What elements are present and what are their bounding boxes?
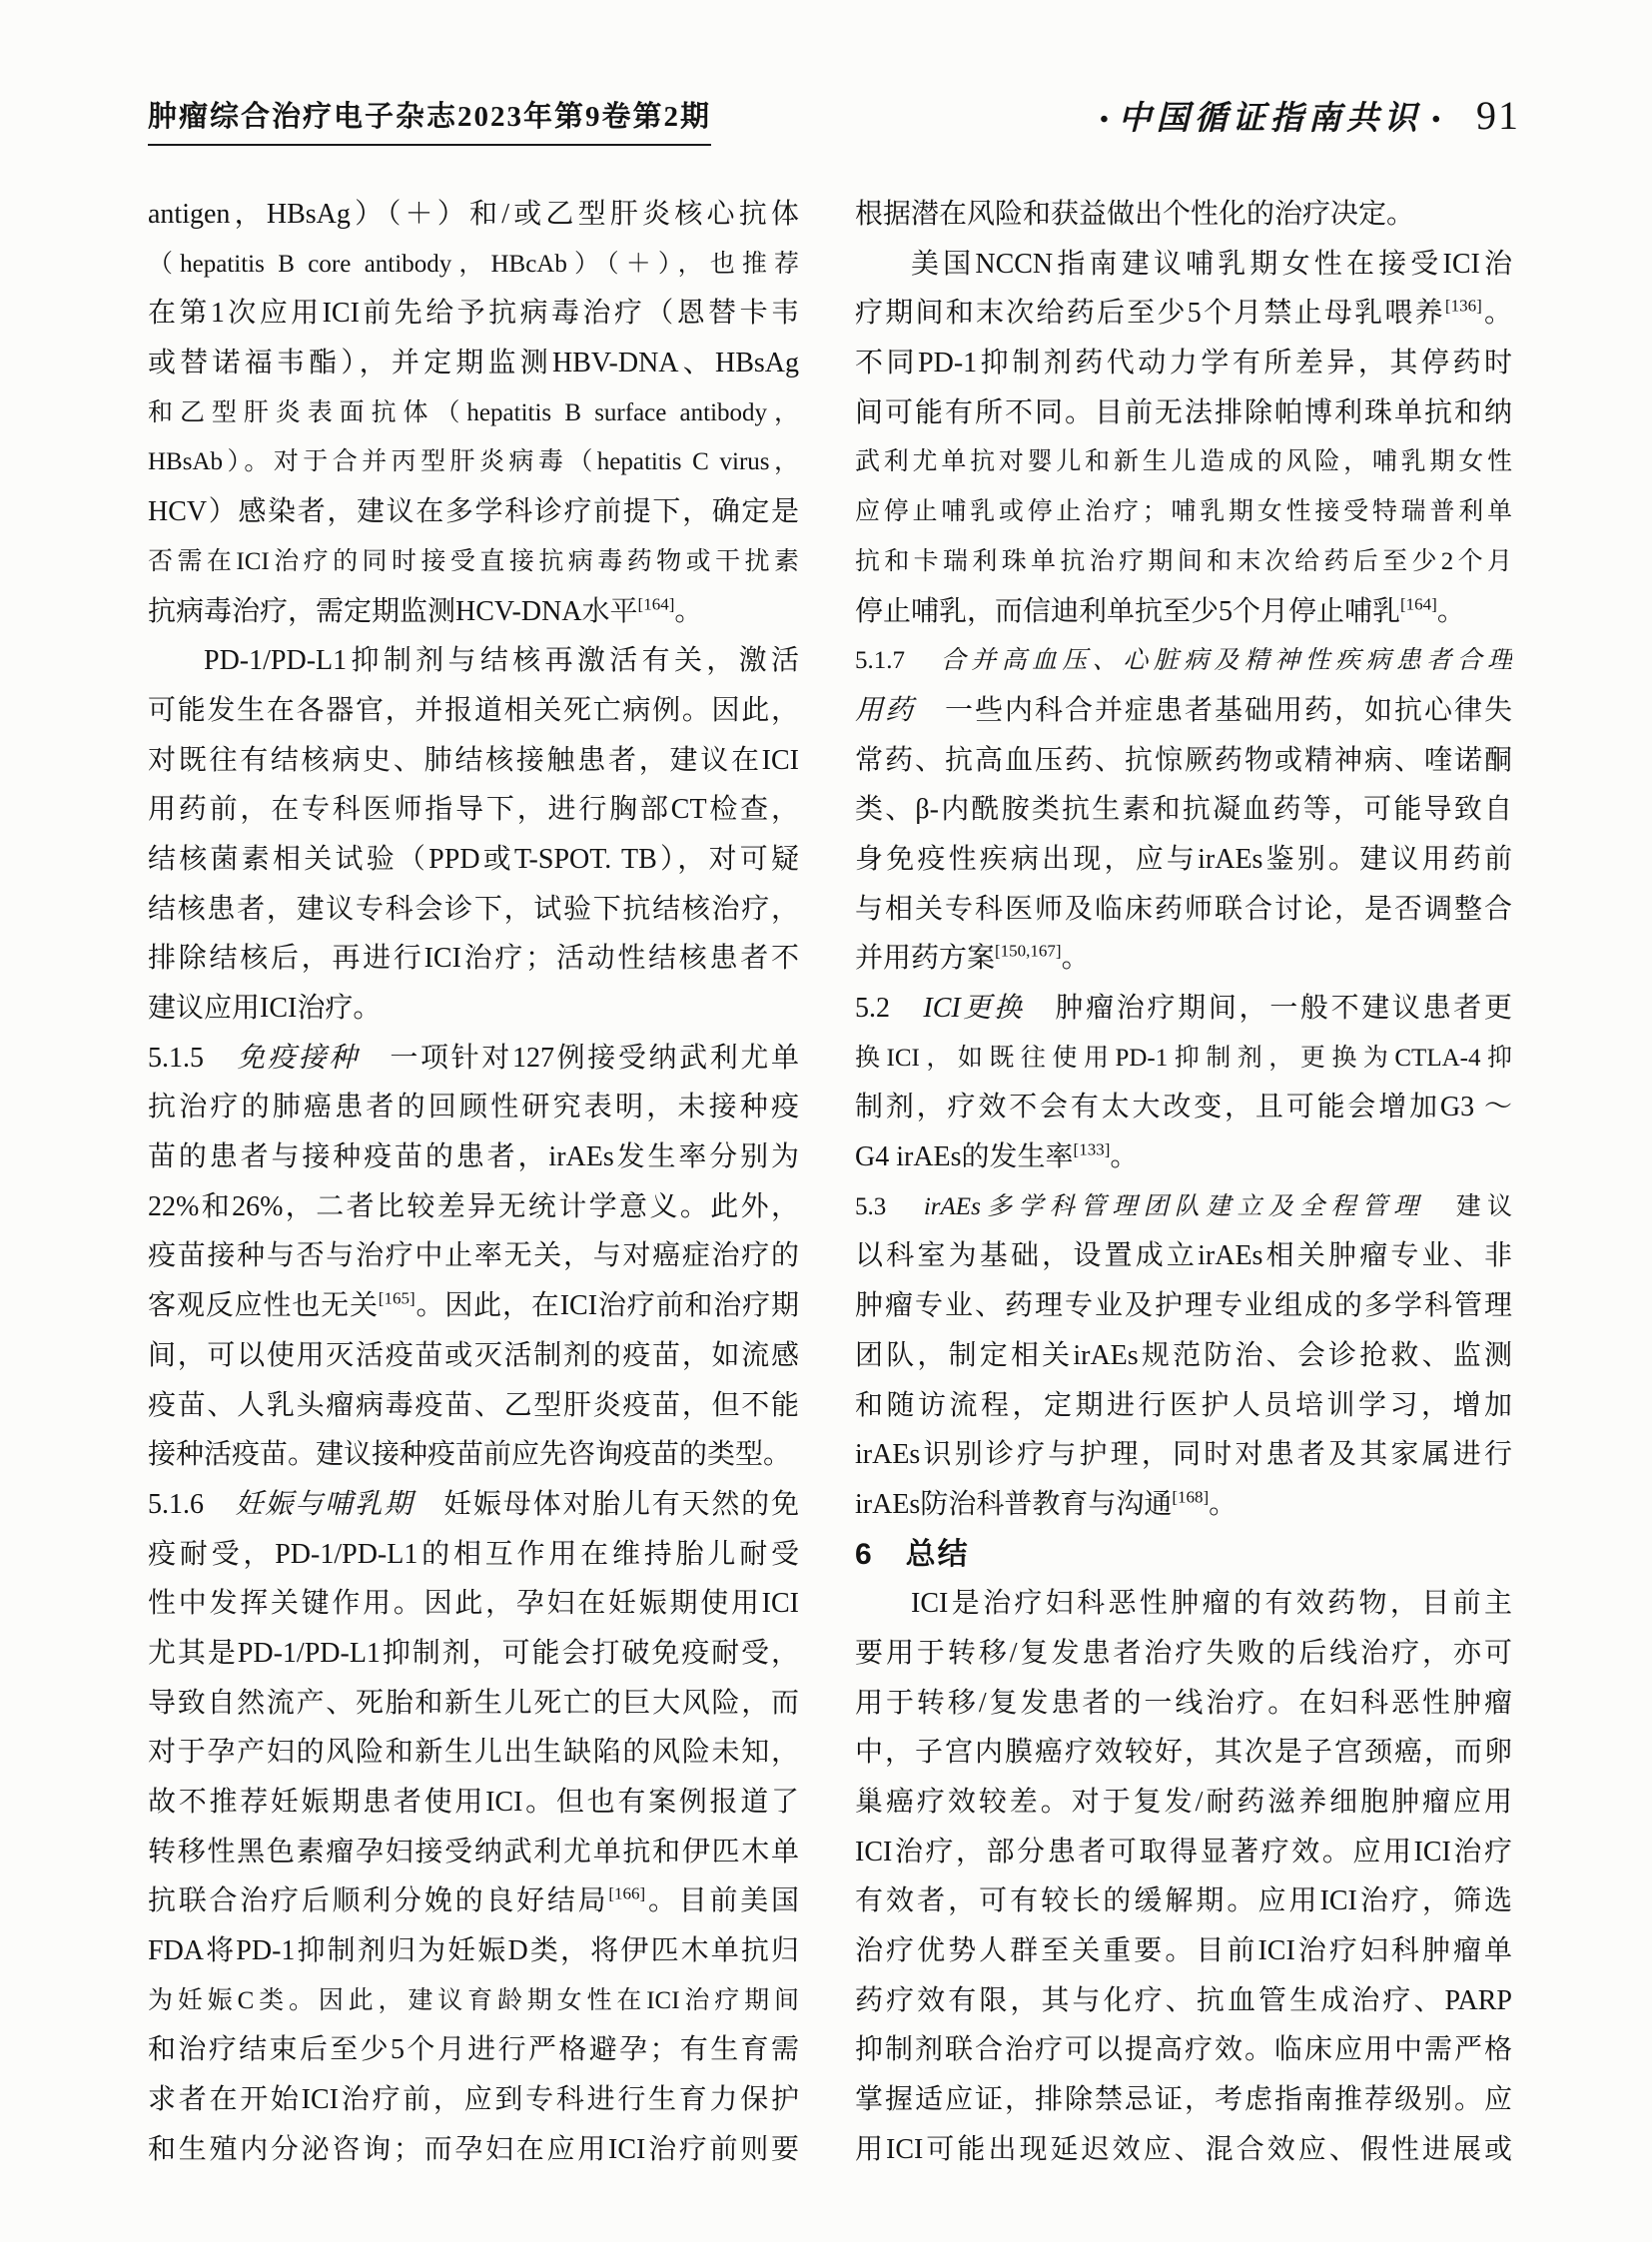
text-line: irAEs防治科普教育与沟通[168]。 bbox=[855, 1480, 1512, 1530]
body-text: 对于孕产妇的风险和新生儿出生缺陷的风险未知， bbox=[148, 1737, 799, 1768]
text-line: 和随访流程，定期进行医护人员培训学习，增加 bbox=[855, 1381, 1512, 1431]
body-text: 和治疗结束后至少5个月进行严格避孕；有生育需 bbox=[148, 2034, 799, 2065]
body-text: 。 bbox=[674, 596, 702, 627]
section-label-text: 中国循证指南共识 bbox=[1119, 101, 1422, 137]
page-number: 91 bbox=[1476, 92, 1520, 139]
text-line: 有效者，可有较长的缓解期。应用ICI治疗，筛选 bbox=[855, 1876, 1512, 1926]
body-text: FDA将PD-1抑制剂归为妊娠D类，将伊匹木单抗归 bbox=[148, 1935, 799, 1966]
subsection-title-text: 免疫接种 bbox=[204, 1043, 390, 1074]
body-text: 5.1.6 bbox=[148, 1489, 204, 1520]
text-line: 结核患者，建议专科会诊下，试验下抗结核治疗， bbox=[148, 885, 799, 935]
body-text: 结核患者，建议专科会诊下，试验下抗结核治疗， bbox=[148, 894, 799, 925]
text-line: 药疗效有限，其与化疗、抗血管生成治疗、PARP bbox=[855, 1976, 1512, 2026]
body-text: 和生殖内分泌咨询；而孕妇在应用ICI治疗前则要 bbox=[148, 2134, 799, 2165]
left-column: antigen，HBsAg）（＋）和/或乙型肝炎核心抗体（hepatitis B… bbox=[148, 190, 799, 2175]
body-text: 建议 bbox=[1456, 1193, 1512, 1220]
body-text: PD-1/PD-L1抑制剂与结核再激活有关，激活 bbox=[204, 645, 799, 676]
body-text: 制剂，疗效不会有太大改变，且可能会增加G3 ～ bbox=[855, 1092, 1512, 1122]
body-text: 。因此，在ICI治疗前和治疗期 bbox=[415, 1290, 799, 1321]
citation-reference: [166] bbox=[608, 1884, 645, 1903]
subsection-title-text: 合并高血压、心脏病及精神性疾病患者合理 bbox=[905, 647, 1512, 674]
text-line: 应停止哺乳或停止治疗；哺乳期女性接受特瑞普利单 bbox=[855, 487, 1512, 537]
citation-reference: [136] bbox=[1445, 297, 1482, 316]
body-text: 药疗效有限，其与化疗、抗血管生成治疗、PARP bbox=[855, 1985, 1512, 2016]
text-line: 肿瘤专业、药理专业及护理专业组成的多学科管理 bbox=[855, 1281, 1512, 1331]
subsection-title-text: 用药 bbox=[855, 695, 945, 726]
body-text: 22%和26%，二者比较差异无统计学意义。此外， bbox=[148, 1191, 799, 1222]
body-text: 疫苗、人乳头瘤病毒疫苗、乙型肝炎疫苗，但不能 bbox=[148, 1390, 799, 1421]
text-line: 身免疫性疾病出现，应与irAEs鉴别。建议用药前 bbox=[855, 835, 1512, 885]
text-line: 或替诺福韦酯），并定期监测HBV-DNA、HBsAg bbox=[148, 339, 799, 388]
citation-reference: [164] bbox=[1400, 594, 1437, 613]
body-text: 换ICI，如既往使用PD-1抑制剂，更换为CTLA-4抑 bbox=[855, 1045, 1512, 1072]
body-text: 。 bbox=[1110, 1141, 1138, 1172]
body-text: 。 bbox=[1062, 943, 1090, 974]
right-column: 根据潜在风险和获益做出个性化的治疗决定。美国NCCN指南建议哺乳期女性在接受IC… bbox=[855, 190, 1512, 2175]
body-text: 疗期间和末次给药后至少5个月禁止母乳喂养 bbox=[855, 298, 1445, 329]
body-text: 。 bbox=[1209, 1489, 1237, 1520]
body-text: 类、β-内酰胺类抗生素和抗凝血药等，可能导致自 bbox=[855, 794, 1512, 825]
text-line: 根据潜在风险和获益做出个性化的治疗决定。 bbox=[855, 190, 1512, 240]
text-line: ICI是治疗妇科恶性肿瘤的有效药物，目前主 bbox=[855, 1579, 1512, 1629]
journal-title: 肿瘤综合治疗电子杂志2023年第9卷第2期 bbox=[148, 94, 711, 146]
journal-page: 肿瘤综合治疗电子杂志2023年第9卷第2期 •中国循证指南共识• 91 anti… bbox=[0, 0, 1652, 2242]
body-text: 抗病毒治疗，需定期监测HCV-DNA水平 bbox=[148, 596, 638, 627]
subsection-5-3: 5.3 irAEs多学科管理团队建立及全程管理 建议 bbox=[855, 1182, 1512, 1232]
text-line: irAEs识别诊疗与护理，同时对患者及其家属进行 bbox=[855, 1430, 1512, 1480]
text-line: 和乙型肝炎表面抗体（hepatitis B surface antibody， bbox=[148, 388, 799, 438]
body-text: 。目前美国 bbox=[645, 1885, 799, 1916]
bullet-icon: • bbox=[1422, 107, 1450, 133]
text-line: 对既往有结核病史、肺结核接触患者，建议在ICI bbox=[148, 736, 799, 786]
body-text: 用于转移/复发患者的一线治疗。在妇科恶性肿瘤 bbox=[855, 1688, 1512, 1719]
body-text: 对既往有结核病史、肺结核接触患者，建议在ICI bbox=[148, 745, 799, 776]
text-line: 间可能有所不同。目前无法排除帕博利珠单抗和纳 bbox=[855, 388, 1512, 438]
text-line: 以科室为基础，设置成立irAEs相关肿瘤专业、非 bbox=[855, 1231, 1512, 1281]
body-text: 疫苗接种与否与治疗中止率无关，与对癌症治疗的 bbox=[148, 1240, 799, 1271]
text-line: 抗病毒治疗，需定期监测HCV-DNA水平[164]。 bbox=[148, 587, 799, 637]
text-line: 掌握适应证，排除禁忌证，考虑指南推荐级别。应 bbox=[855, 2075, 1512, 2125]
text-line: 在第1次应用ICI前先给予抗病毒治疗（恩替卡韦 bbox=[148, 289, 799, 339]
text-line: 可能发生在各器官，并报道相关死亡病例。因此， bbox=[148, 686, 799, 736]
text-line: 间，可以使用灭活疫苗或灭活制剂的疫苗，如流感 bbox=[148, 1331, 799, 1381]
body-text: 掌握适应证，排除禁忌证，考虑指南推荐级别。应 bbox=[855, 2084, 1512, 2115]
body-text: 5.3 bbox=[855, 1193, 886, 1220]
body-text: 建议应用ICI治疗。 bbox=[148, 993, 381, 1024]
body-text: 转移性黑色素瘤孕妇接受纳武利尤单抗和伊匹木单 bbox=[148, 1837, 799, 1868]
body-text: 治疗优势人群至关重要。目前ICI治疗妇科肿瘤单 bbox=[855, 1935, 1512, 1966]
citation-reference: [150,167] bbox=[995, 942, 1062, 961]
body-text: 间，可以使用灭活疫苗或灭活制剂的疫苗，如流感 bbox=[148, 1340, 799, 1371]
citation-reference: [165] bbox=[379, 1289, 415, 1308]
text-line: 用于转移/复发患者的一线治疗。在妇科恶性肿瘤 bbox=[855, 1679, 1512, 1729]
body-text: G4 irAEs的发生率 bbox=[855, 1141, 1074, 1172]
body-text: 5.1.5 bbox=[148, 1043, 204, 1074]
text-line: 中，子宫内膜癌疗效较好，其次是子宫颈癌，而卵 bbox=[855, 1728, 1512, 1778]
body-text: HCV）感染者，建议在多学科诊疗前提下，确定是 bbox=[148, 496, 799, 527]
body-text: 肿瘤治疗期间，一般不建议患者更 bbox=[1055, 993, 1512, 1024]
text-line: 抗和卡瑞利珠单抗治疗期间和末次给药后至少2个月 bbox=[855, 537, 1512, 587]
text-line: 抗治疗的肺癌患者的回顾性研究表明，未接种疫 bbox=[148, 1083, 799, 1132]
text-line: 对于孕产妇的风险和新生儿出生缺陷的风险未知， bbox=[148, 1728, 799, 1778]
body-text: 抗联合治疗后顺利分娩的良好结局 bbox=[148, 1885, 608, 1916]
subsection-5-1-7: 5.1.7 合并高血压、心脏病及精神性疾病患者合理 bbox=[855, 636, 1512, 686]
body-text: 排除结核后，再进行ICI治疗；活动性结核患者不 bbox=[148, 943, 799, 974]
body-text: 故不推荐妊娠期患者使用ICI。但也有案例报道了 bbox=[148, 1787, 799, 1818]
body-text: ICI是治疗妇科恶性肿瘤的有效药物，目前主 bbox=[911, 1588, 1512, 1619]
subsection-title-text: irAEs多学科管理团队建立及全程管理 bbox=[886, 1193, 1455, 1220]
text-line: 疗期间和末次给药后至少5个月禁止母乳喂养[136]。 bbox=[855, 289, 1512, 339]
body-text: 求者在开始ICI治疗前，应到专科进行生育力保护 bbox=[148, 2084, 799, 2115]
text-line: 客观反应性也无关[165]。因此，在ICI治疗前和治疗期 bbox=[148, 1281, 799, 1331]
body-text: 美国NCCN指南建议哺乳期女性在接受ICI治 bbox=[911, 249, 1512, 280]
body-text: 抗治疗的肺癌患者的回顾性研究表明，未接种疫 bbox=[148, 1092, 799, 1122]
body-text: 抑制剂联合治疗可以提高疗效。临床应用中需严格 bbox=[855, 2034, 1512, 2065]
body-text: 妊娠母体对胎儿有天然的免 bbox=[443, 1489, 799, 1520]
text-line: （hepatitis B core antibody，HBcAb）（＋），也推荐 bbox=[148, 240, 799, 290]
text-line: 用药 一些内科合并症患者基础用药，如抗心律失 bbox=[855, 686, 1512, 736]
body-text: 用药前，在专科医师指导下，进行胸部CT检查， bbox=[148, 794, 799, 825]
body-text: 用ICI可能出现延迟效应、混合效应、假性进展或 bbox=[855, 2134, 1512, 2165]
subsection-5-2: 5.2 ICI更换 肿瘤治疗期间，一般不建议患者更 bbox=[855, 984, 1512, 1034]
body-text: 导致自然流产、死胎和新生儿死亡的巨大风险，而 bbox=[148, 1688, 799, 1719]
text-line: ICI治疗，部分患者可取得显著疗效。应用ICI治疗 bbox=[855, 1828, 1512, 1877]
text-line: 建议应用ICI治疗。 bbox=[148, 984, 799, 1034]
body-text: 身免疫性疾病出现，应与irAEs鉴别。建议用药前 bbox=[855, 844, 1512, 875]
text-line: 尤其是PD-1/PD-L1抑制剂，可能会打破免疫耐受， bbox=[148, 1629, 799, 1679]
citation-reference: [133] bbox=[1074, 1140, 1111, 1159]
body-text: 抗和卡瑞利珠单抗治疗期间和末次给药后至少2个月 bbox=[855, 548, 1512, 575]
body-text: 和乙型肝炎表面抗体（hepatitis B surface antibody， bbox=[148, 399, 799, 426]
page-header-right: •中国循证指南共识• 91 bbox=[1090, 92, 1520, 139]
body-text: 武利尤单抗对婴儿和新生儿造成的风险，哺乳期女性 bbox=[855, 448, 1512, 475]
body-text: 性中发挥关键作用。因此，孕妇在妊娠期使用ICI bbox=[148, 1588, 799, 1619]
text-line: 苗的患者与接种疫苗的患者，irAEs发生率分别为 bbox=[148, 1132, 799, 1182]
column-section-label: •中国循证指南共识• bbox=[1090, 92, 1450, 139]
bullet-icon: • bbox=[1090, 107, 1118, 133]
body-text: 根据潜在风险和获益做出个性化的治疗决定。 bbox=[855, 199, 1414, 230]
body-text: 和随访流程，定期进行医护人员培训学习，增加 bbox=[855, 1390, 1512, 1421]
text-line: 抑制剂联合治疗可以提高疗效。临床应用中需严格 bbox=[855, 2025, 1512, 2075]
body-text: irAEs防治科普教育与沟通 bbox=[855, 1489, 1172, 1520]
text-line: 和生殖内分泌咨询；而孕妇在应用ICI治疗前则要 bbox=[148, 2125, 799, 2175]
body-text: 否需在ICI治疗的同时接受直接抗病毒药物或干扰素 bbox=[148, 548, 799, 575]
text-line: 故不推荐妊娠期患者使用ICI。但也有案例报道了 bbox=[148, 1778, 799, 1828]
body-text: 停止哺乳，而信迪利单抗至少5个月停止哺乳 bbox=[855, 596, 1400, 627]
text-line: HCV）感染者，建议在多学科诊疗前提下，确定是 bbox=[148, 487, 799, 537]
body-text: 团队，制定相关irAEs规范防治、会诊抢救、监测 bbox=[855, 1340, 1512, 1371]
text-line: 不同PD-1抑制剂药代动力学有所差异，其停药时 bbox=[855, 339, 1512, 388]
text-line: 巢癌疗效较差。对于复发/耐药滋养细胞肿瘤应用 bbox=[855, 1778, 1512, 1828]
body-text: 。 bbox=[1437, 596, 1465, 627]
text-line: 常药、抗高血压药、抗惊厥药物或精神病、喹诺酮 bbox=[855, 736, 1512, 786]
body-text: 并用药方案 bbox=[855, 943, 995, 974]
body-text: 以科室为基础，设置成立irAEs相关肿瘤专业、非 bbox=[855, 1240, 1512, 1271]
citation-reference: [168] bbox=[1172, 1488, 1209, 1507]
text-line: 停止哺乳，而信迪利单抗至少5个月停止哺乳[164]。 bbox=[855, 587, 1512, 637]
text-line: 导致自然流产、死胎和新生儿死亡的巨大风险，而 bbox=[148, 1679, 799, 1729]
text-line: 换ICI，如既往使用PD-1抑制剂，更换为CTLA-4抑 bbox=[855, 1034, 1512, 1084]
body-text: 有效者，可有较长的缓解期。应用ICI治疗，筛选 bbox=[855, 1885, 1512, 1916]
text-line: 和治疗结束后至少5个月进行严格避孕；有生育需 bbox=[148, 2025, 799, 2075]
subsection-5-1-5: 5.1.5 免疫接种 一项针对127例接受纳武利尤单 bbox=[148, 1034, 799, 1084]
body-text: 常药、抗高血压药、抗惊厥药物或精神病、喹诺酮 bbox=[855, 745, 1512, 776]
body-text: antigen，HBsAg）（＋）和/或乙型肝炎核心抗体 bbox=[148, 199, 799, 230]
text-line: 类、β-内酰胺类抗生素和抗凝血药等，可能导致自 bbox=[855, 785, 1512, 835]
body-text: 为妊娠C类。因此，建议育龄期女性在ICI治疗期间 bbox=[148, 1987, 799, 2014]
text-line: 抗联合治疗后顺利分娩的良好结局[166]。目前美国 bbox=[148, 1876, 799, 1926]
body-text: 接种活疫苗。建议接种疫苗前应先咨询疫苗的类型。 bbox=[148, 1439, 791, 1470]
text-line: 疫耐受，PD-1/PD-L1的相互作用在维持胎儿耐受 bbox=[148, 1530, 799, 1580]
citation-reference: [164] bbox=[638, 594, 675, 613]
body-text: （hepatitis B core antibody，HBcAb）（＋），也推荐 bbox=[148, 251, 799, 278]
text-line: 制剂，疗效不会有太大改变，且可能会增加G3 ～ bbox=[855, 1083, 1512, 1132]
body-text: 苗的患者与接种疫苗的患者，irAEs发生率分别为 bbox=[148, 1141, 799, 1172]
body-text: 一些内科合并症患者基础用药，如抗心律失 bbox=[945, 695, 1512, 726]
text-line: 用药前，在专科医师指导下，进行胸部CT检查， bbox=[148, 785, 799, 835]
body-text: 应停止哺乳或停止治疗；哺乳期女性接受特瑞普利单 bbox=[855, 498, 1512, 525]
text-line: 22%和26%，二者比较差异无统计学意义。此外， bbox=[148, 1182, 799, 1232]
text-line: 结核菌素相关试验（PPD或T-SPOT. TB），对可疑 bbox=[148, 835, 799, 885]
text-line: 并用药方案[150,167]。 bbox=[855, 934, 1512, 984]
text-line: 否需在ICI治疗的同时接受直接抗病毒药物或干扰素 bbox=[148, 537, 799, 587]
body-text: 可能发生在各器官，并报道相关死亡病例。因此， bbox=[148, 695, 799, 726]
text-line: 武利尤单抗对婴儿和新生儿造成的风险，哺乳期女性 bbox=[855, 437, 1512, 487]
subsection-5-1-6: 5.1.6 妊娠与哺乳期 妊娠母体对胎儿有天然的免 bbox=[148, 1480, 799, 1530]
text-line: antigen，HBsAg）（＋）和/或乙型肝炎核心抗体 bbox=[148, 190, 799, 240]
body-text: irAEs识别诊疗与护理，同时对患者及其家属进行 bbox=[855, 1439, 1512, 1470]
body-text: 疫耐受，PD-1/PD-L1的相互作用在维持胎儿耐受 bbox=[148, 1539, 799, 1570]
text-line: 疫苗、人乳头瘤病毒疫苗、乙型肝炎疫苗，但不能 bbox=[148, 1381, 799, 1431]
text-line: 为妊娠C类。因此，建议育龄期女性在ICI治疗期间 bbox=[148, 1976, 799, 2026]
text-line: PD-1/PD-L1抑制剂与结核再激活有关，激活 bbox=[148, 636, 799, 686]
body-text: 肿瘤专业、药理专业及护理专业组成的多学科管理 bbox=[855, 1290, 1512, 1321]
body-text: 要用于转移/复发患者治疗失败的后线治疗，亦可 bbox=[855, 1638, 1512, 1669]
text-line: 与相关专科医师及临床药师联合讨论，是否调整合 bbox=[855, 885, 1512, 935]
text-line: G4 irAEs的发生率[133]。 bbox=[855, 1132, 1512, 1182]
body-text: 在第1次应用ICI前先给予抗病毒治疗（恩替卡韦 bbox=[148, 298, 799, 329]
body-text: HBsAb）。对于合并丙型肝炎病毒（hepatitis C virus， bbox=[148, 448, 799, 475]
text-line: 美国NCCN指南建议哺乳期女性在接受ICI治 bbox=[855, 240, 1512, 290]
body-text: 中，子宫内膜癌疗效较好，其次是子宫颈癌，而卵 bbox=[855, 1737, 1512, 1768]
text-line: 疫苗接种与否与治疗中止率无关，与对癌症治疗的 bbox=[148, 1231, 799, 1281]
text-line: 求者在开始ICI治疗前，应到专科进行生育力保护 bbox=[148, 2075, 799, 2125]
body-text: 5.2 bbox=[855, 993, 890, 1024]
body-text: 间可能有所不同。目前无法排除帕博利珠单抗和纳 bbox=[855, 397, 1512, 428]
body-text: 客观反应性也无关 bbox=[148, 1290, 379, 1321]
body-text: 5.1.7 bbox=[855, 647, 905, 674]
text-line: 性中发挥关键作用。因此，孕妇在妊娠期使用ICI bbox=[148, 1579, 799, 1629]
subsection-title-text: 妊娠与哺乳期 bbox=[204, 1489, 443, 1520]
text-line: HBsAb）。对于合并丙型肝炎病毒（hepatitis C virus， bbox=[148, 437, 799, 487]
body-text: 巢癌疗效较差。对于复发/耐药滋养细胞肿瘤应用 bbox=[855, 1787, 1512, 1818]
text-line: 转移性黑色素瘤孕妇接受纳武利尤单抗和伊匹木单 bbox=[148, 1828, 799, 1877]
subsection-title-text: ICI更换 bbox=[890, 993, 1055, 1024]
text-line: 用ICI可能出现延迟效应、混合效应、假性进展或 bbox=[855, 2125, 1512, 2175]
section-heading-text: 6 总结 bbox=[855, 1538, 970, 1571]
body-text: ICI治疗，部分患者可取得显著疗效。应用ICI治疗 bbox=[855, 1837, 1512, 1868]
body-text: 不同PD-1抑制剂药代动力学有所差异，其停药时 bbox=[855, 348, 1512, 378]
text-line: 排除结核后，再进行ICI治疗；活动性结核患者不 bbox=[148, 934, 799, 984]
text-line: 接种活疫苗。建议接种疫苗前应先咨询疫苗的类型。 bbox=[148, 1430, 799, 1480]
body-text: 或替诺福韦酯），并定期监测HBV-DNA、HBsAg bbox=[148, 348, 799, 378]
text-line: FDA将PD-1抑制剂归为妊娠D类，将伊匹木单抗归 bbox=[148, 1926, 799, 1976]
section-6-heading: 6 总结 bbox=[855, 1530, 1512, 1580]
body-text: 尤其是PD-1/PD-L1抑制剂，可能会打破免疫耐受， bbox=[148, 1638, 799, 1669]
body-text: 。 bbox=[1482, 298, 1512, 329]
text-line: 治疗优势人群至关重要。目前ICI治疗妇科肿瘤单 bbox=[855, 1926, 1512, 1976]
body-text: 一项针对127例接受纳武利尤单 bbox=[390, 1043, 799, 1074]
text-line: 团队，制定相关irAEs规范防治、会诊抢救、监测 bbox=[855, 1331, 1512, 1381]
body-text: 结核菌素相关试验（PPD或T-SPOT. TB），对可疑 bbox=[148, 844, 799, 875]
text-line: 要用于转移/复发患者治疗失败的后线治疗，亦可 bbox=[855, 1629, 1512, 1679]
body-text: 与相关专科医师及临床药师联合讨论，是否调整合 bbox=[855, 894, 1512, 925]
